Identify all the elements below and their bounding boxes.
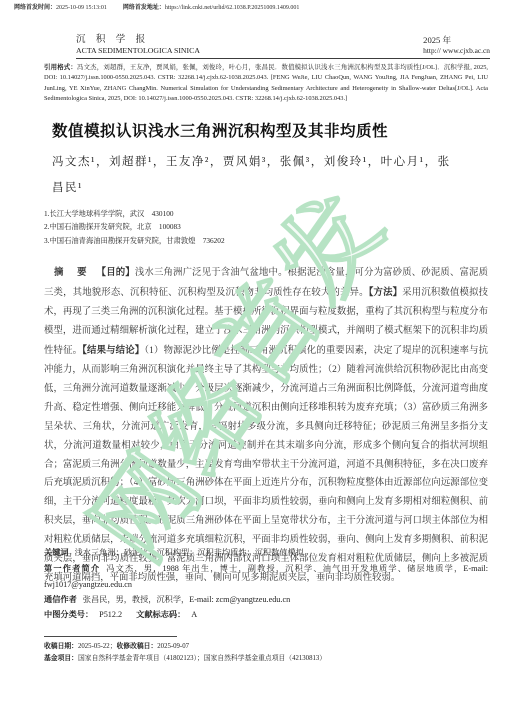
paper-page: 网络首发 网络首发时间：2025-10-09 15:13:01网络首发地址：ht…: [0, 0, 514, 727]
affiliation-list: 1.长江大学地球科学学院，武汉 4301002.中国石油勘探开发研究院，北京 1…: [44, 207, 454, 247]
fund-row: 基金项目：国家自然科学基金青年项目（41802123）；国家自然科学基金重点项目…: [44, 653, 488, 666]
online-publish-meta: 网络首发时间：2025-10-09 15:13:01网络首发地址：https:/…: [14, 4, 504, 12]
classification-row: 中图分类号：P512.2文献标志码：A: [44, 607, 488, 623]
first-author-label: 第一作者简介: [44, 564, 100, 573]
citation-text: 冯文杰，刘超群，王友净，贾风娟，张佩，刘俊玲，叶心月，张昌民．数值模拟认识浅水三…: [44, 64, 488, 102]
publish-url-link[interactable]: https://link.cnki.net/urlid/62.1038.P.20…: [165, 5, 300, 11]
journal-name-block: 沉 积 学 报 ACTA SEDIMENTOLOGICA SINICA: [76, 34, 200, 56]
publish-time-label: 网络首发时间：: [14, 5, 56, 11]
affiliation-item: 3.中国石油青海油田勘探开发研究院，甘肃敦煌 736202: [44, 234, 454, 247]
corresponding-author-label: 通信作者: [44, 595, 77, 604]
footnote-divider: [44, 636, 177, 637]
affiliation-item: 2.中国石油勘探开发研究院，北京 100083: [44, 220, 454, 233]
citation-label: 引用格式：: [44, 64, 77, 71]
keywords-row: 关键词浅水三角洲；砂泥比；沉积构型；沉积非均质性；沉积数值模拟: [44, 545, 488, 561]
keywords-text: 浅水三角洲；砂泥比；沉积构型；沉积非均质性；沉积数值模拟: [75, 548, 304, 557]
corresponding-author-row: 通信作者张昌民，男，教授，沉积学，E-mail: zcm@yangtzeu.ed…: [44, 592, 488, 608]
corresponding-author-text: 张昌民，男，教授，沉积学，E-mail: zcm@yangtzeu.edu.cn: [83, 595, 290, 604]
received-row: 收稿日期：2025-05-22；收修改稿日：2025-09-07: [44, 641, 488, 654]
abstract-section-label: 【目的】: [97, 266, 135, 277]
first-author-text: 冯文杰，男，1988 年出生，博士，副教授，沉积学、油气田开发地质学、储层地质学…: [44, 564, 488, 589]
author-line: 冯文杰¹，刘超群¹，王友净²，贾风娟³，张佩³，刘俊玲¹，叶心月¹，张昌民¹: [52, 149, 454, 201]
doc-code-value: A: [191, 610, 197, 619]
received-label: 收稿日期：: [44, 643, 78, 650]
journal-website-link[interactable]: http:// www.cjxb.ac.cn: [423, 46, 490, 56]
affiliation-item: 1.长江大学地球科学学院，武汉 430100: [44, 207, 454, 220]
journal-name-en: ACTA SEDIMENTOLOGICA SINICA: [76, 46, 200, 56]
abstract-block: 摘 要【目的】浅水三角洲广泛见于含油气盆地中。根据泥沙含量，可分为富砂质、砂泥质…: [44, 263, 488, 588]
keywords-label: 关键词: [44, 548, 69, 557]
journal-name-cn: 沉 积 学 报: [76, 34, 200, 46]
abstract-section-label: 【方法】: [369, 286, 403, 297]
abstract-section-label: 【结果与结论】: [82, 344, 144, 355]
publish-url-label: 网络首发地址：: [123, 5, 165, 11]
abstract-text: 【目的】浅水三角洲广泛见于含油气盆地中。根据泥沙含量，可分为富砂质、砂泥质、富泥…: [44, 268, 488, 583]
article-title: 数值模拟认识浅水三角洲沉积构型及其非均质性: [52, 122, 478, 142]
fund-label: 基金项目：: [44, 655, 78, 662]
revised-date: 2025-09-07: [157, 643, 189, 650]
fund-text: 国家自然科学基金青年项目（41802123）；国家自然科学基金重点项目（4213…: [78, 655, 326, 662]
clc-value: P512.2: [99, 610, 122, 619]
received-date: 2025-05-22；: [78, 643, 117, 650]
revised-label: 收修改稿日：: [117, 643, 158, 650]
journal-issue-block: 2025 年 http:// www.cjxb.ac.cn: [423, 34, 490, 56]
clc-label: 中图分类号：: [44, 610, 93, 619]
abstract-label: 摘 要: [54, 266, 89, 277]
doc-code-label: 文献标志码：: [136, 610, 185, 619]
first-author-row: 第一作者简介冯文杰，男，1988 年出生，博士，副教授，沉积学、油气田开发地质学…: [44, 561, 488, 593]
journal-year: 2025 年: [423, 34, 490, 46]
publish-time-value: 2025-10-09 15:13:01: [56, 5, 107, 11]
journal-header: 沉 积 学 报 ACTA SEDIMENTOLOGICA SINICA 2025…: [76, 34, 490, 59]
citation-block: 引用格式：冯文杰，刘超群，王友净，贾风娟，张佩，刘俊玲，叶心月，张昌民．数值模拟…: [44, 63, 488, 104]
